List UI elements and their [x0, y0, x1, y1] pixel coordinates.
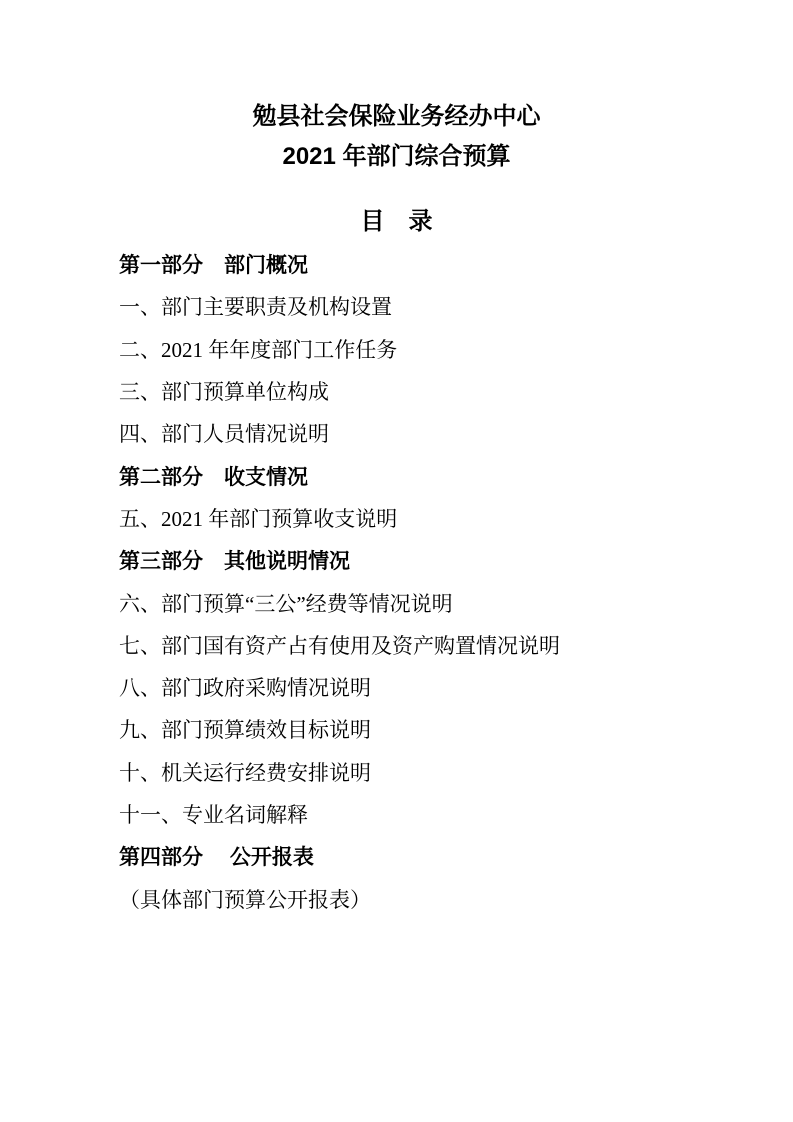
toc-item: 四、部门人员情况说明	[0, 412, 793, 454]
toc-item: 二、2021 年年度部门工作任务	[0, 328, 793, 370]
toc-item: 三、部门预算单位构成	[0, 370, 793, 412]
toc-section-heading: 第三部分 其他说明情况	[0, 539, 793, 581]
toc-item: 六、部门预算“三公”经费等情况说明	[0, 581, 793, 623]
toc-section-heading: 第四部分 公开报表	[0, 835, 793, 877]
toc-item: 十、机关运行经费安排说明	[0, 751, 793, 793]
page: 勉县社会保险业务经办中心 2021 年部门综合预算 目 录 第一部分 部门概况一…	[0, 0, 793, 1122]
document-title-line2: 2021 年部门综合预算	[0, 143, 793, 171]
toc-item: 十一、专业名词解释	[0, 793, 793, 835]
toc-item: 一、部门主要职责及机构设置	[0, 285, 793, 327]
toc-section-heading: 第一部分 部门概况	[0, 243, 793, 285]
toc-item: 九、部门预算绩效目标说明	[0, 708, 793, 750]
toc-item: （具体部门预算公开报表）	[0, 877, 793, 919]
toc-item: 八、部门政府采购情况说明	[0, 666, 793, 708]
toc-item: 七、部门国有资产占有使用及资产购置情况说明	[0, 624, 793, 666]
toc-section-heading: 第二部分 收支情况	[0, 454, 793, 496]
toc-list: 第一部分 部门概况一、部门主要职责及机构设置二、2021 年年度部门工作任务三、…	[0, 243, 793, 920]
toc-heading: 目 录	[0, 208, 793, 236]
toc-item: 五、2021 年部门预算收支说明	[0, 497, 793, 539]
document-title-line1: 勉县社会保险业务经办中心	[0, 103, 793, 131]
